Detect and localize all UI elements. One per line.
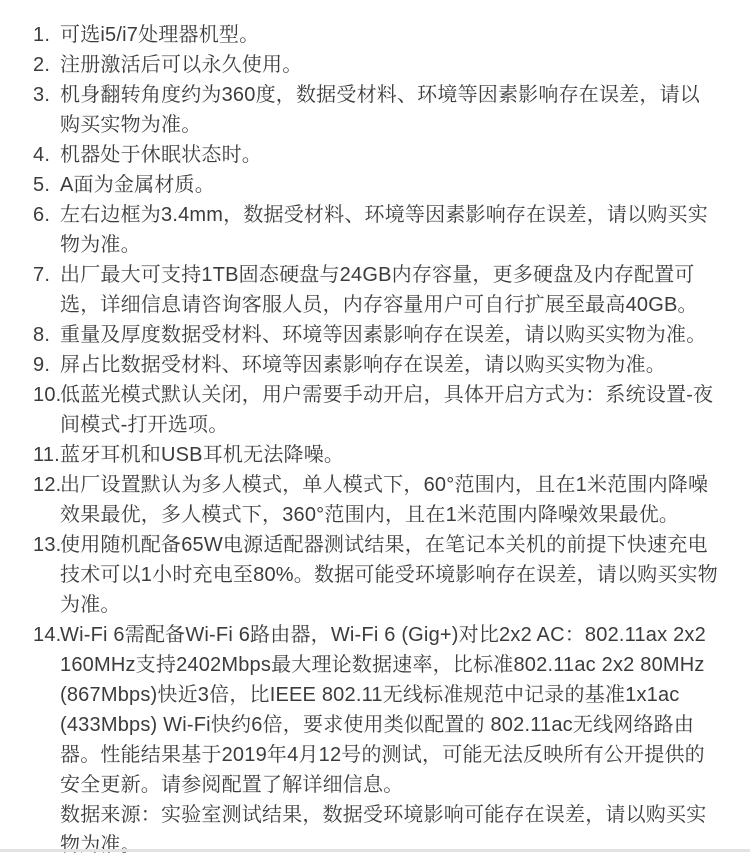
list-item: 12. 出厂设置默认为多人模式，单人模式下，60°范围内，且在1米范围内降噪效果… — [33, 470, 720, 530]
list-item: 8. 重量及厚度数据受材料、环境等因素影响存在误差，请以购买实物为准。 — [33, 320, 720, 350]
notes-list: 1. 可选i5/i7处理器机型。 2. 注册激活后可以永久使用。 3. 机身翻转… — [0, 0, 750, 857]
item-number: 7. — [33, 260, 50, 290]
item-number: 3. — [33, 80, 50, 110]
item-text: 使用随机配备65W电源适配器测试结果，在笔记本关机的前提下快速充电技术可以1小时… — [60, 534, 718, 616]
item-number: 2. — [33, 50, 50, 80]
item-text: 左右边框为3.4mm，数据受材料、环境等因素影响存在误差，请以购买实物为准。 — [60, 204, 708, 256]
item-text: 屏占比数据受材料、环境等因素影响存在误差，请以购买实物为准。 — [60, 354, 666, 376]
item-number: 10. — [33, 380, 61, 410]
list-item: 3. 机身翻转角度约为360度，数据受材料、环境等因素影响存在误差，请以购买实物… — [33, 80, 720, 140]
item-text: Wi-Fi 6需配备Wi-Fi 6路由器，Wi-Fi 6 (Gig+)对比2x2… — [60, 624, 706, 796]
list-item: 13. 使用随机配备65W电源适配器测试结果，在笔记本关机的前提下快速充电技术可… — [33, 530, 720, 620]
list-item: 9. 屏占比数据受材料、环境等因素影响存在误差，请以购买实物为准。 — [33, 350, 720, 380]
bottom-divider — [0, 849, 750, 852]
item-text: 出厂最大可支持1TB固态硬盘与24GB内存容量，更多硬盘及内存配置可选，详细信息… — [60, 264, 698, 316]
list-item: 11. 蓝牙耳机和USB耳机无法降噪。 — [33, 440, 720, 470]
item-number: 9. — [33, 350, 50, 380]
list-item: 1. 可选i5/i7处理器机型。 — [33, 20, 720, 50]
item-text: 可选i5/i7处理器机型。 — [60, 24, 259, 46]
item-number: 1. — [33, 20, 50, 50]
list-item: 14. Wi-Fi 6需配备Wi-Fi 6路由器，Wi-Fi 6 (Gig+)对… — [33, 620, 720, 857]
item-number: 8. — [33, 320, 50, 350]
list-item: 7. 出厂最大可支持1TB固态硬盘与24GB内存容量，更多硬盘及内存配置可选，详… — [33, 260, 720, 320]
item-text: 出厂设置默认为多人模式，单人模式下，60°范围内，且在1米范围内降噪效果最优，多… — [60, 474, 708, 526]
item-text: 机器处于休眠状态时。 — [60, 144, 262, 166]
item-text: 重量及厚度数据受材料、环境等因素影响存在误差，请以购买实物为准。 — [60, 324, 706, 346]
item-number: 12. — [33, 470, 61, 500]
item-text: 低蓝光模式默认关闭，用户需要手动开启，具体开启方式为：系统设置-夜间模式-打开选… — [60, 384, 713, 436]
item-text: A面为金属材质。 — [60, 174, 215, 196]
list-item: 6. 左右边框为3.4mm，数据受材料、环境等因素影响存在误差，请以购买实物为准… — [33, 200, 720, 260]
item-number: 11. — [33, 440, 60, 470]
item-text: 蓝牙耳机和USB耳机无法降噪。 — [60, 444, 344, 466]
list-item: 2. 注册激活后可以永久使用。 — [33, 50, 720, 80]
item-text: 注册激活后可以永久使用。 — [60, 54, 302, 76]
product-notes-page: 1. 可选i5/i7处理器机型。 2. 注册激活后可以永久使用。 3. 机身翻转… — [0, 0, 750, 857]
list-item: 4. 机器处于休眠状态时。 — [33, 140, 720, 170]
item-number: 14. — [33, 620, 61, 650]
item-number: 13. — [33, 530, 61, 560]
item-number: 4. — [33, 140, 50, 170]
item-number: 6. — [33, 200, 50, 230]
list-item: 10. 低蓝光模式默认关闭，用户需要手动开启，具体开启方式为：系统设置-夜间模式… — [33, 380, 720, 440]
item-text: 机身翻转角度约为360度，数据受材料、环境等因素影响存在误差，请以购买实物为准。 — [60, 84, 700, 136]
list-item: 5. A面为金属材质。 — [33, 170, 720, 200]
item-number: 5. — [33, 170, 50, 200]
